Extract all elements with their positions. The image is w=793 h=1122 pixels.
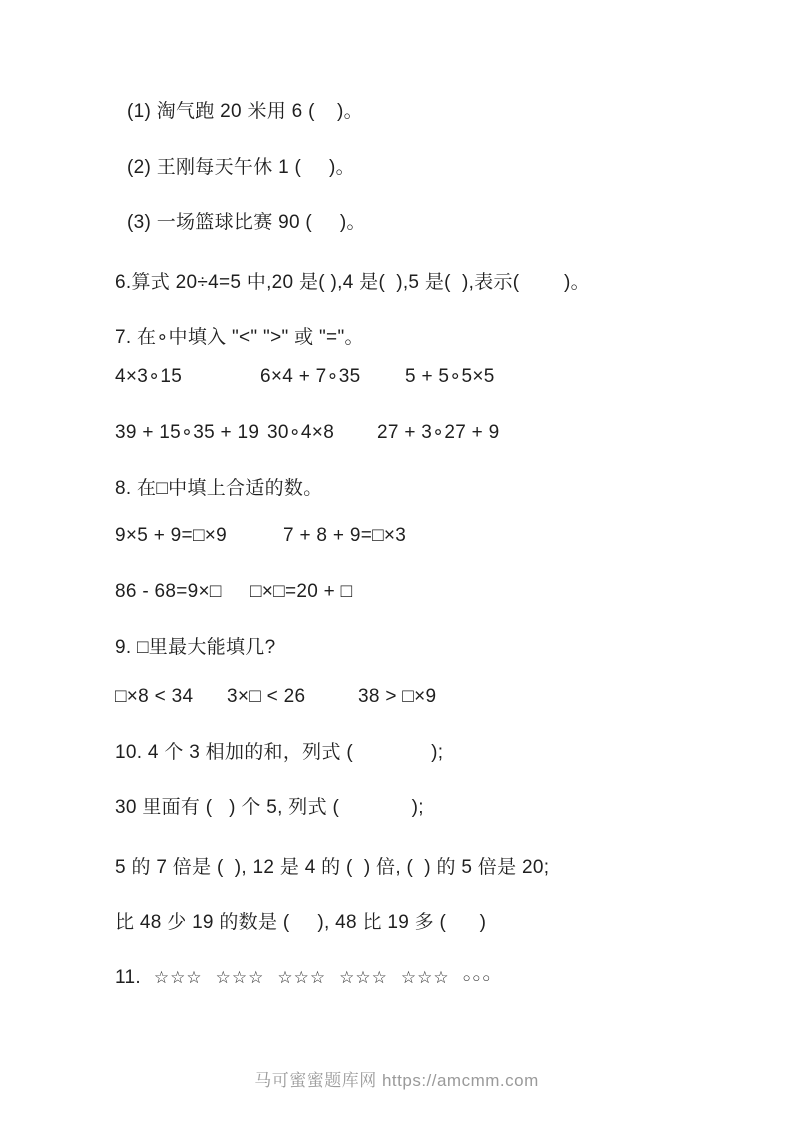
question-9-title: 9. □里最大能填几? xyxy=(115,635,275,661)
star-group-icon: ☆☆☆ xyxy=(277,965,326,991)
question-8-title: 8. 在□中填上合适的数。 xyxy=(115,476,323,502)
expression: 39 + 15∘35 + 19 xyxy=(115,420,267,446)
question-10-line-4: 比 48 少 19 的数是 ( ), 48 比 19 多 ( ) xyxy=(115,910,486,936)
expression: 4×3∘15 xyxy=(115,364,260,390)
expression: 30∘4×8 xyxy=(267,420,377,446)
expression: 38 > □×9 xyxy=(358,684,436,710)
expression: 6×4 + 7∘35 xyxy=(260,364,405,390)
question-7-row-2: 39 + 15∘35 + 19 30∘4×8 27 + 3∘27 + 9 xyxy=(115,420,500,446)
expression: 9×5 + 9=□×9 xyxy=(115,523,283,549)
site-watermark: 马可蜜蜜题库网 https://amcmm.com xyxy=(0,1066,793,1091)
worksheet-page: (1) 淘气跑 20 米用 6 ( )。 (2) 王刚每天午休 1 ( )。 (… xyxy=(0,0,793,1122)
question-5-item-1: (1) 淘气跑 20 米用 6 ( )。 xyxy=(127,99,363,125)
question-6-text: 6.算式 20÷4=5 中,20 是( ),4 是( ),5 是( ),表示( … xyxy=(115,270,590,296)
question-10-line-1: 10. 4 个 3 相加的和，列式 ( ); xyxy=(115,740,443,766)
expression: 86 - 68=9×□ xyxy=(115,579,250,605)
expression: □×8 < 34 xyxy=(115,684,227,710)
question-8-row-1: 9×5 + 9=□×9 7 + 8 + 9=□×3 xyxy=(115,523,406,549)
star-group-icon: ☆☆☆ xyxy=(154,965,203,991)
star-group-icon: ☆☆☆ xyxy=(339,965,388,991)
expression: □×□=20 + □ xyxy=(250,579,352,605)
question-11-row: 11. ☆☆☆ ☆☆☆ ☆☆☆ ☆☆☆ ☆☆☆ ○○○ xyxy=(115,965,492,991)
star-group-icon: ☆☆☆ xyxy=(216,965,265,991)
expression: 7 + 8 + 9=□×3 xyxy=(283,523,406,549)
question-10-line-2: 30 里面有 ( ) 个 5, 列式 ( ); xyxy=(115,795,424,821)
circle-group-icon: ○○○ xyxy=(463,965,493,991)
question-7-title: 7. 在∘中填入 "<" ">" 或 "="。 xyxy=(115,325,364,351)
question-10-line-3: 5 的 7 倍是 ( ), 12 是 4 的 ( ) 倍, ( ) 的 5 倍是… xyxy=(115,855,549,881)
question-9-row: □×8 < 34 3×□ < 26 38 > □×9 xyxy=(115,684,436,710)
expression: 5 + 5∘5×5 xyxy=(405,364,495,390)
question-7-row-1: 4×3∘15 6×4 + 7∘35 5 + 5∘5×5 xyxy=(115,364,495,390)
question-11-number: 11. xyxy=(115,965,141,991)
question-5-item-2: (2) 王刚每天午休 1 ( )。 xyxy=(127,155,355,181)
star-group-icon: ☆☆☆ xyxy=(401,965,450,991)
expression: 3×□ < 26 xyxy=(227,684,358,710)
question-5-item-3: (3) 一场篮球比赛 90 ( )。 xyxy=(127,210,366,236)
question-8-row-2: 86 - 68=9×□ □×□=20 + □ xyxy=(115,579,352,605)
expression: 27 + 3∘27 + 9 xyxy=(377,420,500,446)
